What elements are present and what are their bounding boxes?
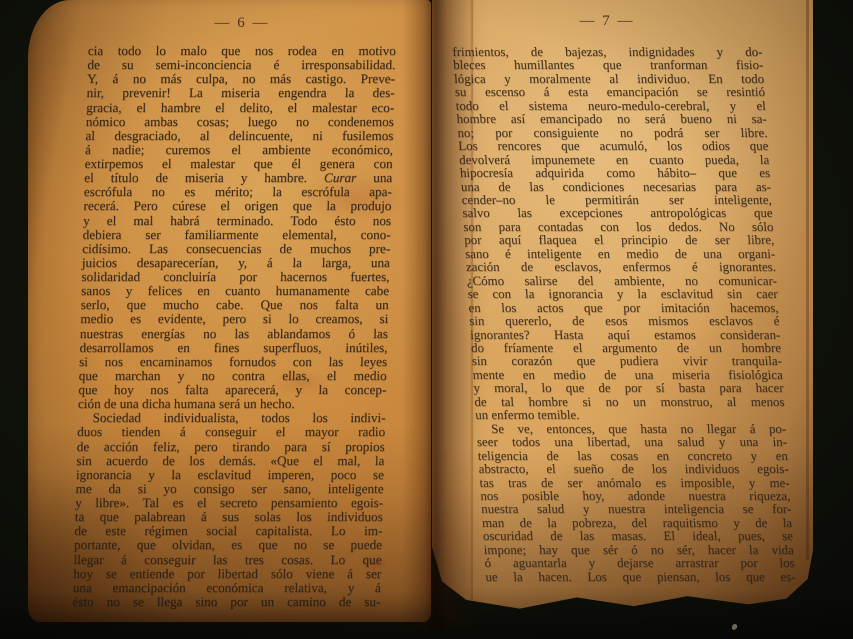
text-line: sano é inteligente en medio de una organ…: [465, 248, 776, 261]
text-line: si nos encaminamos fornudos con las leye…: [79, 355, 387, 369]
text-line: al desgraciado, al delincuente, ni fusil…: [85, 129, 393, 143]
text-line: no; por consiguiente no podrá ser libre.: [457, 127, 768, 140]
text-line: abstracto, el sueño de los individuos eg…: [478, 463, 789, 476]
text-line: seer todos una libertad, una salud y una…: [477, 436, 788, 449]
text-line: y moral, lo que de por sí basta para hac…: [473, 382, 784, 395]
text-line: duos tienden á conseguir el mayor radio: [77, 425, 385, 439]
text-line: cia todo lo malo que nos rodea en motivo: [88, 44, 396, 58]
text-line: llegar á conseguir las tres cosas. Lo qu…: [73, 553, 381, 567]
text-line: de tal hombre si no un monstruo, al meno…: [474, 396, 785, 409]
text-line: cender–no le permitirán ser inteligente,: [461, 194, 772, 207]
text-line: nómico ambas cosas; luego no condenemos: [86, 115, 394, 129]
text-line: man de la pobreza, del raquitismo y de l…: [482, 517, 793, 530]
text-line: ésto no se llega sino por un camino de s…: [72, 595, 380, 609]
text-line: ción de una dicha humana será un hecho.: [78, 397, 386, 411]
text-line: á nadie; curemos el ambiente económico,: [85, 143, 393, 157]
text-line: son para contadas con los dedos. No sólo: [463, 221, 774, 234]
text-line: salvo las excepciones antropológicas que: [462, 207, 773, 220]
text-line: debiera ser familiarmente elemental, con…: [82, 228, 390, 242]
book-photo: — 6 — — 7 — cia todo lo malo que nos rod…: [0, 0, 853, 639]
text-line: nos posible hoy, adonde nuestra riqueza,: [480, 490, 791, 503]
text-line: ignorantes? Hasta aquí estamos considera…: [470, 329, 781, 342]
text-line: sanos y felices en cuanto humanamente ca…: [81, 284, 389, 298]
text-line: me da si yo consigo ser sano, inteligent…: [75, 482, 383, 496]
right-page-number: — 7 —: [452, 13, 762, 30]
text-line: una de las condiciones necesarias para a…: [460, 181, 771, 194]
text-line: hoy se entiende por libertad sólo viene …: [73, 567, 381, 581]
text-line: que marchan y no contra ellas, el medio: [79, 369, 387, 383]
text-line: ta que palabrean á sus solas los individ…: [75, 510, 383, 524]
text-line: se con la ignorancia y la esclavitud sin…: [467, 288, 778, 301]
text-line: zación de esclavos, enfermos é ignorante…: [466, 261, 777, 274]
text-line: de este régimen social capitalista. Lo i…: [74, 524, 382, 538]
text-line: hombre así emancipado no será bueno ni s…: [456, 113, 767, 126]
text-line: lógica y moralmente al individuo. En tod…: [454, 73, 765, 86]
text-line: solidaridad concluiría por hacernos fuer…: [81, 270, 389, 284]
text-line: tas tras de ser anómalo es imposible, y …: [479, 477, 790, 490]
text-line: sin quererlo, de esos mismos esclavos é: [469, 315, 780, 328]
text-line: y libre». Tal es el secreto pensamiento …: [75, 496, 383, 510]
text-line: nir, prevenir! La miseria engendra la de…: [86, 86, 394, 100]
text-line: por aquí flaquea el principio de ser lib…: [464, 234, 775, 247]
text-line: de su semi-inconciencia é irresponsabili…: [87, 58, 395, 72]
text-line: recerá. Pero cúrese el origen que la pro…: [83, 199, 391, 213]
text-line: nuestras energías no las ablandamos ó la…: [80, 327, 388, 341]
text-line: gracia, el hambre el delito, el malestar…: [86, 101, 394, 115]
text-line: devolverá impunemete en cuanto pueda, la: [459, 154, 770, 167]
text-line: una emancipación económica relativa, y á: [73, 581, 381, 595]
text-line: Sociedad individualista, todos los indiv…: [77, 411, 385, 425]
text-line: su escenso á esta emancipación se resint…: [455, 86, 766, 99]
text-line: Y, á no más culpa, no más castigo. Preve…: [87, 72, 395, 86]
text-line: bleces humillantes que tranforman fisio-: [453, 59, 764, 72]
text-line: ignorancia y la esclavitud imperen, poco…: [76, 468, 384, 482]
text-line: impone; hay que sér ó no sér, hacer la v…: [483, 544, 794, 557]
text-line: desarrollamos en fines superfluos, inúti…: [79, 341, 387, 355]
text-line: escrófula no es mérito; la escrófula apa…: [84, 185, 392, 199]
text-line: Se ve, entonces, que hasta no llegar á p…: [476, 423, 787, 436]
left-page-text: cia todo lo malo que nos rodea en motivo…: [72, 44, 396, 609]
text-line: de acción feliz, pero tirando para sí pr…: [77, 440, 385, 454]
text-line: frimientos, de bajezas, indignidades y d…: [452, 46, 763, 59]
text-line: ¿Cómo salirse del ambiente, no comunicar…: [466, 275, 777, 288]
text-line: do fríamente el argumento de un hombre: [471, 342, 782, 355]
text-line: sin acuerdo de los demás. «Que el mal, l…: [76, 454, 384, 468]
left-page-number: — 6 —: [88, 15, 396, 32]
text-line: juicios desaparecerían, y, á la larga, u…: [82, 256, 390, 270]
right-page-text: frimientos, de bajezas, indignidades y d…: [452, 46, 796, 584]
text-line: Los rencores que acumuló, los odios que: [458, 140, 769, 153]
text-line: oscuridad de las masas. El ideal, pues, …: [482, 530, 793, 543]
text-line: cidísimo. Las consecuencias de muchos pr…: [82, 242, 390, 256]
text-line: serlo, que mucho cabe. Que nos falta un: [81, 298, 389, 312]
text-line: mente en medio de una miseria fisiológic…: [472, 369, 783, 382]
text-line: nuestra salud y nuestra inteligencia se …: [481, 503, 792, 516]
text-line: teligencia de las cosas en concreto y en: [477, 450, 788, 463]
text-line: y el mal habrá terminado. Todo ésto nos: [83, 214, 391, 228]
text-line: que hoy nos falta aparecerá, y la concep…: [78, 383, 386, 397]
text-line: extirpemos el malestar que él genera con: [84, 157, 392, 171]
text-line: el título de miseria y hambre. Curar una: [84, 171, 392, 185]
page-fore-edge: [806, 0, 809, 560]
dust-speck: [731, 623, 738, 630]
text-line: medio es evidente, pero si lo creamos, s…: [80, 312, 388, 326]
text-line: sin corazón que pudiera vivir tranquila-: [471, 355, 782, 368]
text-line: portante, que olvidan, es que no se pued…: [74, 538, 382, 552]
text-line: todo el sistema neuro-medulo-cerebral, y…: [455, 100, 766, 113]
text-line: ue la hacen. Los que piensan, los que es…: [485, 571, 796, 584]
text-line: un enfermo temible.: [475, 409, 786, 422]
text-line: en los actos que por imitación hacemos,: [468, 302, 779, 315]
text-line: ó aguantarla y dejarse arrastrar por los: [484, 557, 795, 570]
text-line: hipocresía adquirida como hábito– que es: [460, 167, 771, 180]
